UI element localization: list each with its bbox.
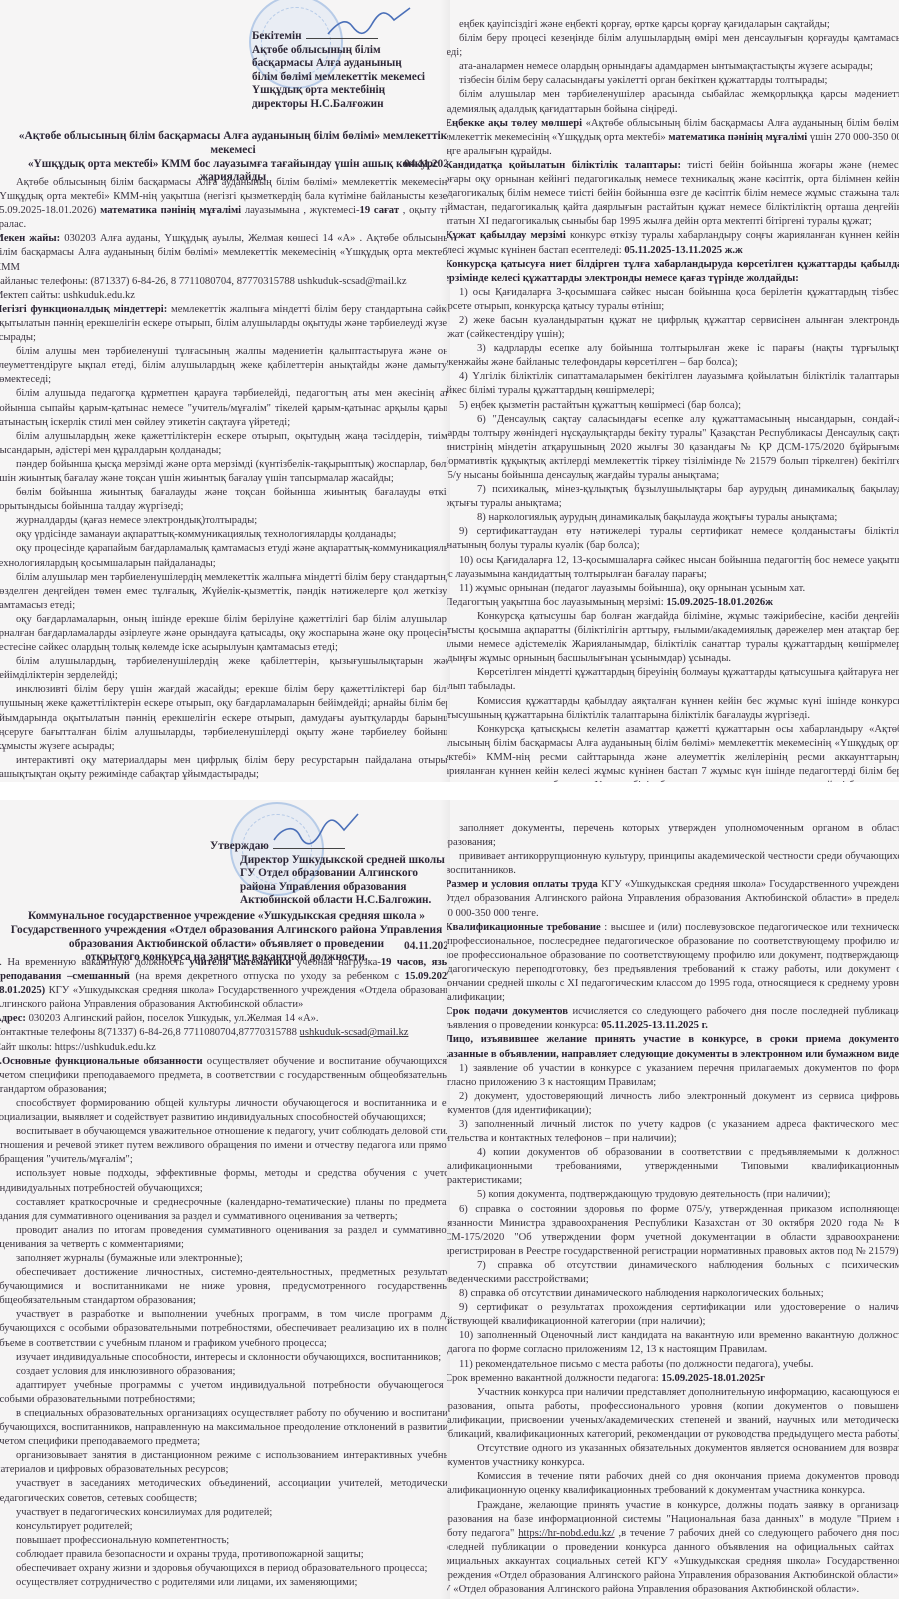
paragraph: использует новые подходы, эффективные фо… xyxy=(0,1167,447,1195)
paragraph: ата-аналармен немесе олардың орнындағы а… xyxy=(447,60,899,74)
paragraph: 2) документ, удостоверяющий личность либ… xyxy=(447,1090,899,1118)
paragraph: Комиссия в течение пяти рабочих дней со … xyxy=(447,1470,899,1498)
paragraph: 3.Еңбекке ақы төлеу мөлшері «Ақтөбе облы… xyxy=(447,117,899,159)
approval-line: білім бөлімі мемлекеттік мекемесі xyxy=(252,71,425,85)
url-link[interactable]: ushkuduk-scsad@mail.kz xyxy=(300,1027,409,1038)
kz-right-body: еңбек қауіпсіздігі және еңбекті қорғау, … xyxy=(447,18,899,782)
ru-left-body: 1. На временную вакантную должность учит… xyxy=(0,956,447,1590)
paragraph: 7) справка об отсутствии динамического н… xyxy=(447,1259,899,1287)
paragraph: оқу бағдарламаларын, оның ішінде ерекше … xyxy=(0,613,447,655)
paragraph: проводит анализ по итогам проведения сум… xyxy=(0,1224,447,1252)
paragraph: 4) Үлгілік біліктілік сипаттамаларымен б… xyxy=(447,370,899,398)
paragraph: 8) наркологиялық аурудың динамикалық бақ… xyxy=(447,511,899,525)
paragraph: изучает индивидуальные способности, инте… xyxy=(0,1351,447,1365)
approval-line: Актюбинской области Н.С.Балгожин. xyxy=(210,894,445,908)
paragraph: оқу үрдісінде заманауи ақпараттық-коммун… xyxy=(0,528,447,542)
paragraph: білім алушылар мен тәрбиеленушілердің ме… xyxy=(0,571,447,613)
paragraph: 3.Размер и условия оплаты труда КГУ «Ушк… xyxy=(447,878,899,920)
paragraph: 3) кадрларды есепке алу бойынша толтырыл… xyxy=(447,342,899,370)
paragraph: способствует формированию общей культуры… xyxy=(0,1097,447,1125)
paragraph: оқу процесінде қарапайым бағдарламалық қ… xyxy=(0,542,447,570)
kz-left-body: Ақтөбе облысының білім басқармасы Алға а… xyxy=(0,176,447,782)
paragraph: Граждане, желающие принять участие в кон… xyxy=(447,1499,899,1598)
paragraph: 5.Лицо, изъявившее желание принять участ… xyxy=(447,1033,899,1061)
ru-right-body: заполняет документы, перечень которых ут… xyxy=(447,822,899,1597)
paragraph: білім алушылардың жеке қажеттіліктерін е… xyxy=(0,430,447,458)
paragraph: интерактивті оқу материалдары мен цифрлы… xyxy=(0,754,447,782)
paragraph: в специальных образовательных организаци… xyxy=(0,1407,447,1449)
paragraph: 5.Срок подачи документов исчисляется со … xyxy=(447,1005,899,1033)
paragraph: Ақтөбе облысының білім басқармасы Алға а… xyxy=(0,176,447,232)
spread-divider xyxy=(0,782,899,800)
approval-line: басқармасы Алға ауданының xyxy=(252,57,425,71)
approval-line: Ақтөбе облысының білім xyxy=(252,44,425,58)
paragraph: консультирует родителей; xyxy=(0,1520,447,1534)
ru-page-right: заполняет документы, перечень которых ут… xyxy=(447,800,899,1599)
paragraph: 6.Срок временно вакантной должности педа… xyxy=(447,1372,899,1386)
paragraph: 9) сертификаттаудан өту нәтижелері турал… xyxy=(447,525,899,553)
paragraph: 1) осы Қағидаларға 3-қосымшаға сәйкес ны… xyxy=(447,286,899,314)
paragraph: тізбесін білім беру саласындағы уәкілетт… xyxy=(447,74,899,88)
paragraph: осуществляет сотрудничество с родителями… xyxy=(0,1576,447,1590)
russian-announcement-spread: Утверждаю Директор Ушкудыкской средней ш… xyxy=(0,800,899,1599)
approval-block: Утверждаю Директор Ушкудыкской средней ш… xyxy=(210,838,445,908)
paragraph: 10) заполненный Оценочный лист кандидата… xyxy=(447,1329,899,1357)
paragraph: адаптирует учебные программы с учетом ин… xyxy=(0,1379,447,1407)
paragraph: 4.Кандидатқа қойылатын біліктілік талапт… xyxy=(447,159,899,229)
paragraph: 5) копия документа, подтверждающую трудо… xyxy=(447,1188,899,1202)
title-line: «Ақтөбе облысының білім басқармасы Алға … xyxy=(0,130,447,158)
approval-label: Бекітемін xyxy=(252,30,302,44)
paragraph: 1) заявление об участии в конкурсе с ука… xyxy=(447,1062,899,1090)
paragraph: білім алушылар мен тәрбиеленушілер арасы… xyxy=(447,88,899,116)
paragraph: Отсутствие одного из указанных обязатель… xyxy=(447,1442,899,1470)
paragraph: заполняет журналы (бумажные или электрон… xyxy=(0,1252,447,1266)
paragraph: создает условия для инклюзивного образов… xyxy=(0,1365,447,1379)
approval-label: Утверждаю xyxy=(210,840,269,854)
kz-page-right: еңбек қауіпсіздігі және еңбекті қорғау, … xyxy=(447,0,899,782)
paragraph: Негізгі функционалдық міндеттері: мемлек… xyxy=(0,303,447,345)
paragraph: журналдарды (қағаз немесе электрондық)то… xyxy=(0,514,447,528)
paragraph: 10) осы Қағидаларға 12, 13-қосымшаларға … xyxy=(447,554,899,582)
paragraph: 5.Конкурсқа қатысуға ниет білдірген тұлғ… xyxy=(447,258,899,286)
paragraph: білім алушы мен тәрбиеленуші тұлғасының … xyxy=(0,345,447,387)
paragraph: 6.Педагогтың уақытша бос лауазымының мер… xyxy=(447,596,899,610)
paragraph: Комиссия құжаттарды қабылдау аяқталған к… xyxy=(447,695,899,723)
paragraph: Участник конкурса при наличии представля… xyxy=(447,1386,899,1442)
paragraph: 11) рекомендательное письмо с места рабо… xyxy=(447,1358,899,1372)
paragraph: пәндер бойынша қысқа мерзімді және орта … xyxy=(0,458,447,486)
kazakh-announcement-spread: Бекітемін Ақтөбе облысының білім басқарм… xyxy=(0,0,899,782)
paragraph: соблюдает правила безопасности и охраны … xyxy=(0,1548,447,1562)
paragraph: 4.Құжат қабылдау мерзімі конкурс өткізу … xyxy=(447,229,899,257)
paragraph: 4.Квалификационные требование : высшее и… xyxy=(447,921,899,1006)
paragraph: 2.Основные функциональные обязанности ос… xyxy=(0,1055,447,1097)
paragraph: участвует в разработке и выполнении учеб… xyxy=(0,1308,447,1350)
paragraph: Контактные телефоны 8(71337) 6-84-26,8 7… xyxy=(0,1026,447,1040)
paragraph: участвует в заседаниях методических объе… xyxy=(0,1477,447,1505)
paragraph: білім алушылардың, тәрбиеленушілердің же… xyxy=(0,655,447,683)
paragraph: 3) заполненный личный листок по учету ка… xyxy=(447,1118,899,1146)
paragraph: Сайт школы: https://ushkuduk.edu.kz xyxy=(0,1041,447,1055)
paragraph: 4) копии документов об образовании в соо… xyxy=(447,1146,899,1188)
paragraph: 5) еңбек қызметін растайтын құжаттың көш… xyxy=(447,399,899,413)
paragraph: білім алушыда педагогқа құрметпен қарауғ… xyxy=(0,387,447,429)
paragraph: 1. На временную вакантную должность учит… xyxy=(0,956,447,1012)
paragraph: 7) психикалық, мінез-құлықтық бұзылушылы… xyxy=(447,483,899,511)
paragraph: 6) справка о состоянии здоровья по форме… xyxy=(447,1203,899,1259)
paragraph: воспитывает в обучающемся уважительное о… xyxy=(0,1125,447,1167)
ru-page-left: Утверждаю Директор Ушкудыкской средней ш… xyxy=(0,800,447,1599)
paragraph: 9) сертификат о результатах прохождения … xyxy=(447,1301,899,1329)
paragraph: 2) жеке басын куәландыратын құжат не циф… xyxy=(447,314,899,342)
paragraph: білім беру процесі кезеңінде білім алушы… xyxy=(447,32,899,60)
paragraph: инклюзивті білім беру үшін жағдай жасайд… xyxy=(0,683,447,753)
paragraph: участвует в педагогических консилиумах д… xyxy=(0,1506,447,1520)
paragraph: Адрес: 030203 Алгинский район, поселок У… xyxy=(0,1012,447,1026)
paragraph: Конкурсқа қатысқысы келетін азаматтар қа… xyxy=(447,723,899,782)
approval-line: директоры Н.С.Балғожин xyxy=(252,98,425,112)
paragraph: прививает антикоррупционную культуру, пр… xyxy=(447,850,899,878)
paragraph: 11) жұмыс орнынан (педагог лауазымы бойы… xyxy=(447,582,899,596)
paragraph: составляет краткосрочные и среднесрочные… xyxy=(0,1196,447,1224)
approval-line: района Управления образования xyxy=(210,881,445,895)
paragraph: Конкурсқа қатысушы бар болған жағдайда б… xyxy=(447,610,899,666)
paragraph: заполняет документы, перечень которых ут… xyxy=(447,822,899,850)
paragraph: Байланыс телефоны: (871337) 6-84-26, 8 7… xyxy=(0,275,447,289)
paragraph: Мекен жайы: 030203 Алға ауданы, Үшқұдық … xyxy=(0,232,447,274)
approval-line: Үшқұдық орта мектебінің xyxy=(252,84,425,98)
paragraph: еңбек қауіпсіздігі және еңбекті қорғау, … xyxy=(447,18,899,32)
paragraph: 6) "Денсаулық сақтау саласындағы есепке … xyxy=(447,413,899,483)
paragraph: обеспечивает охрану жизни и здоровья обу… xyxy=(0,1562,447,1576)
paragraph: обеспечивает достижение личностных, сист… xyxy=(0,1266,447,1308)
url-link[interactable]: https://hr-nobd.edu.kz/ xyxy=(518,1528,614,1539)
paragraph: бөлім бойынша жиынтық бағалауды және тоқ… xyxy=(0,486,447,514)
paragraph: Көрсетілген міндетті құжаттардың біреуін… xyxy=(447,666,899,694)
title-line: Коммунальное государственное учреждение … xyxy=(0,910,447,951)
paragraph: 8) справка об отсутствии динамического н… xyxy=(447,1287,899,1301)
paragraph: организовывает занятия в дистанционном р… xyxy=(0,1449,447,1477)
approval-line: Директор Ушкудыкской средней школы xyxy=(210,854,445,868)
paragraph: повышает профессиональную компетентность… xyxy=(0,1534,447,1548)
paragraph: Мектеп сайты: ushkuduk.edu.kz xyxy=(0,289,447,303)
kz-page-left: Бекітемін Ақтөбе облысының білім басқарм… xyxy=(0,0,447,782)
approval-line: ГУ Отдел образовании Алгинского xyxy=(210,867,445,881)
approval-block: Бекітемін Ақтөбе облысының білім басқарм… xyxy=(252,28,425,112)
